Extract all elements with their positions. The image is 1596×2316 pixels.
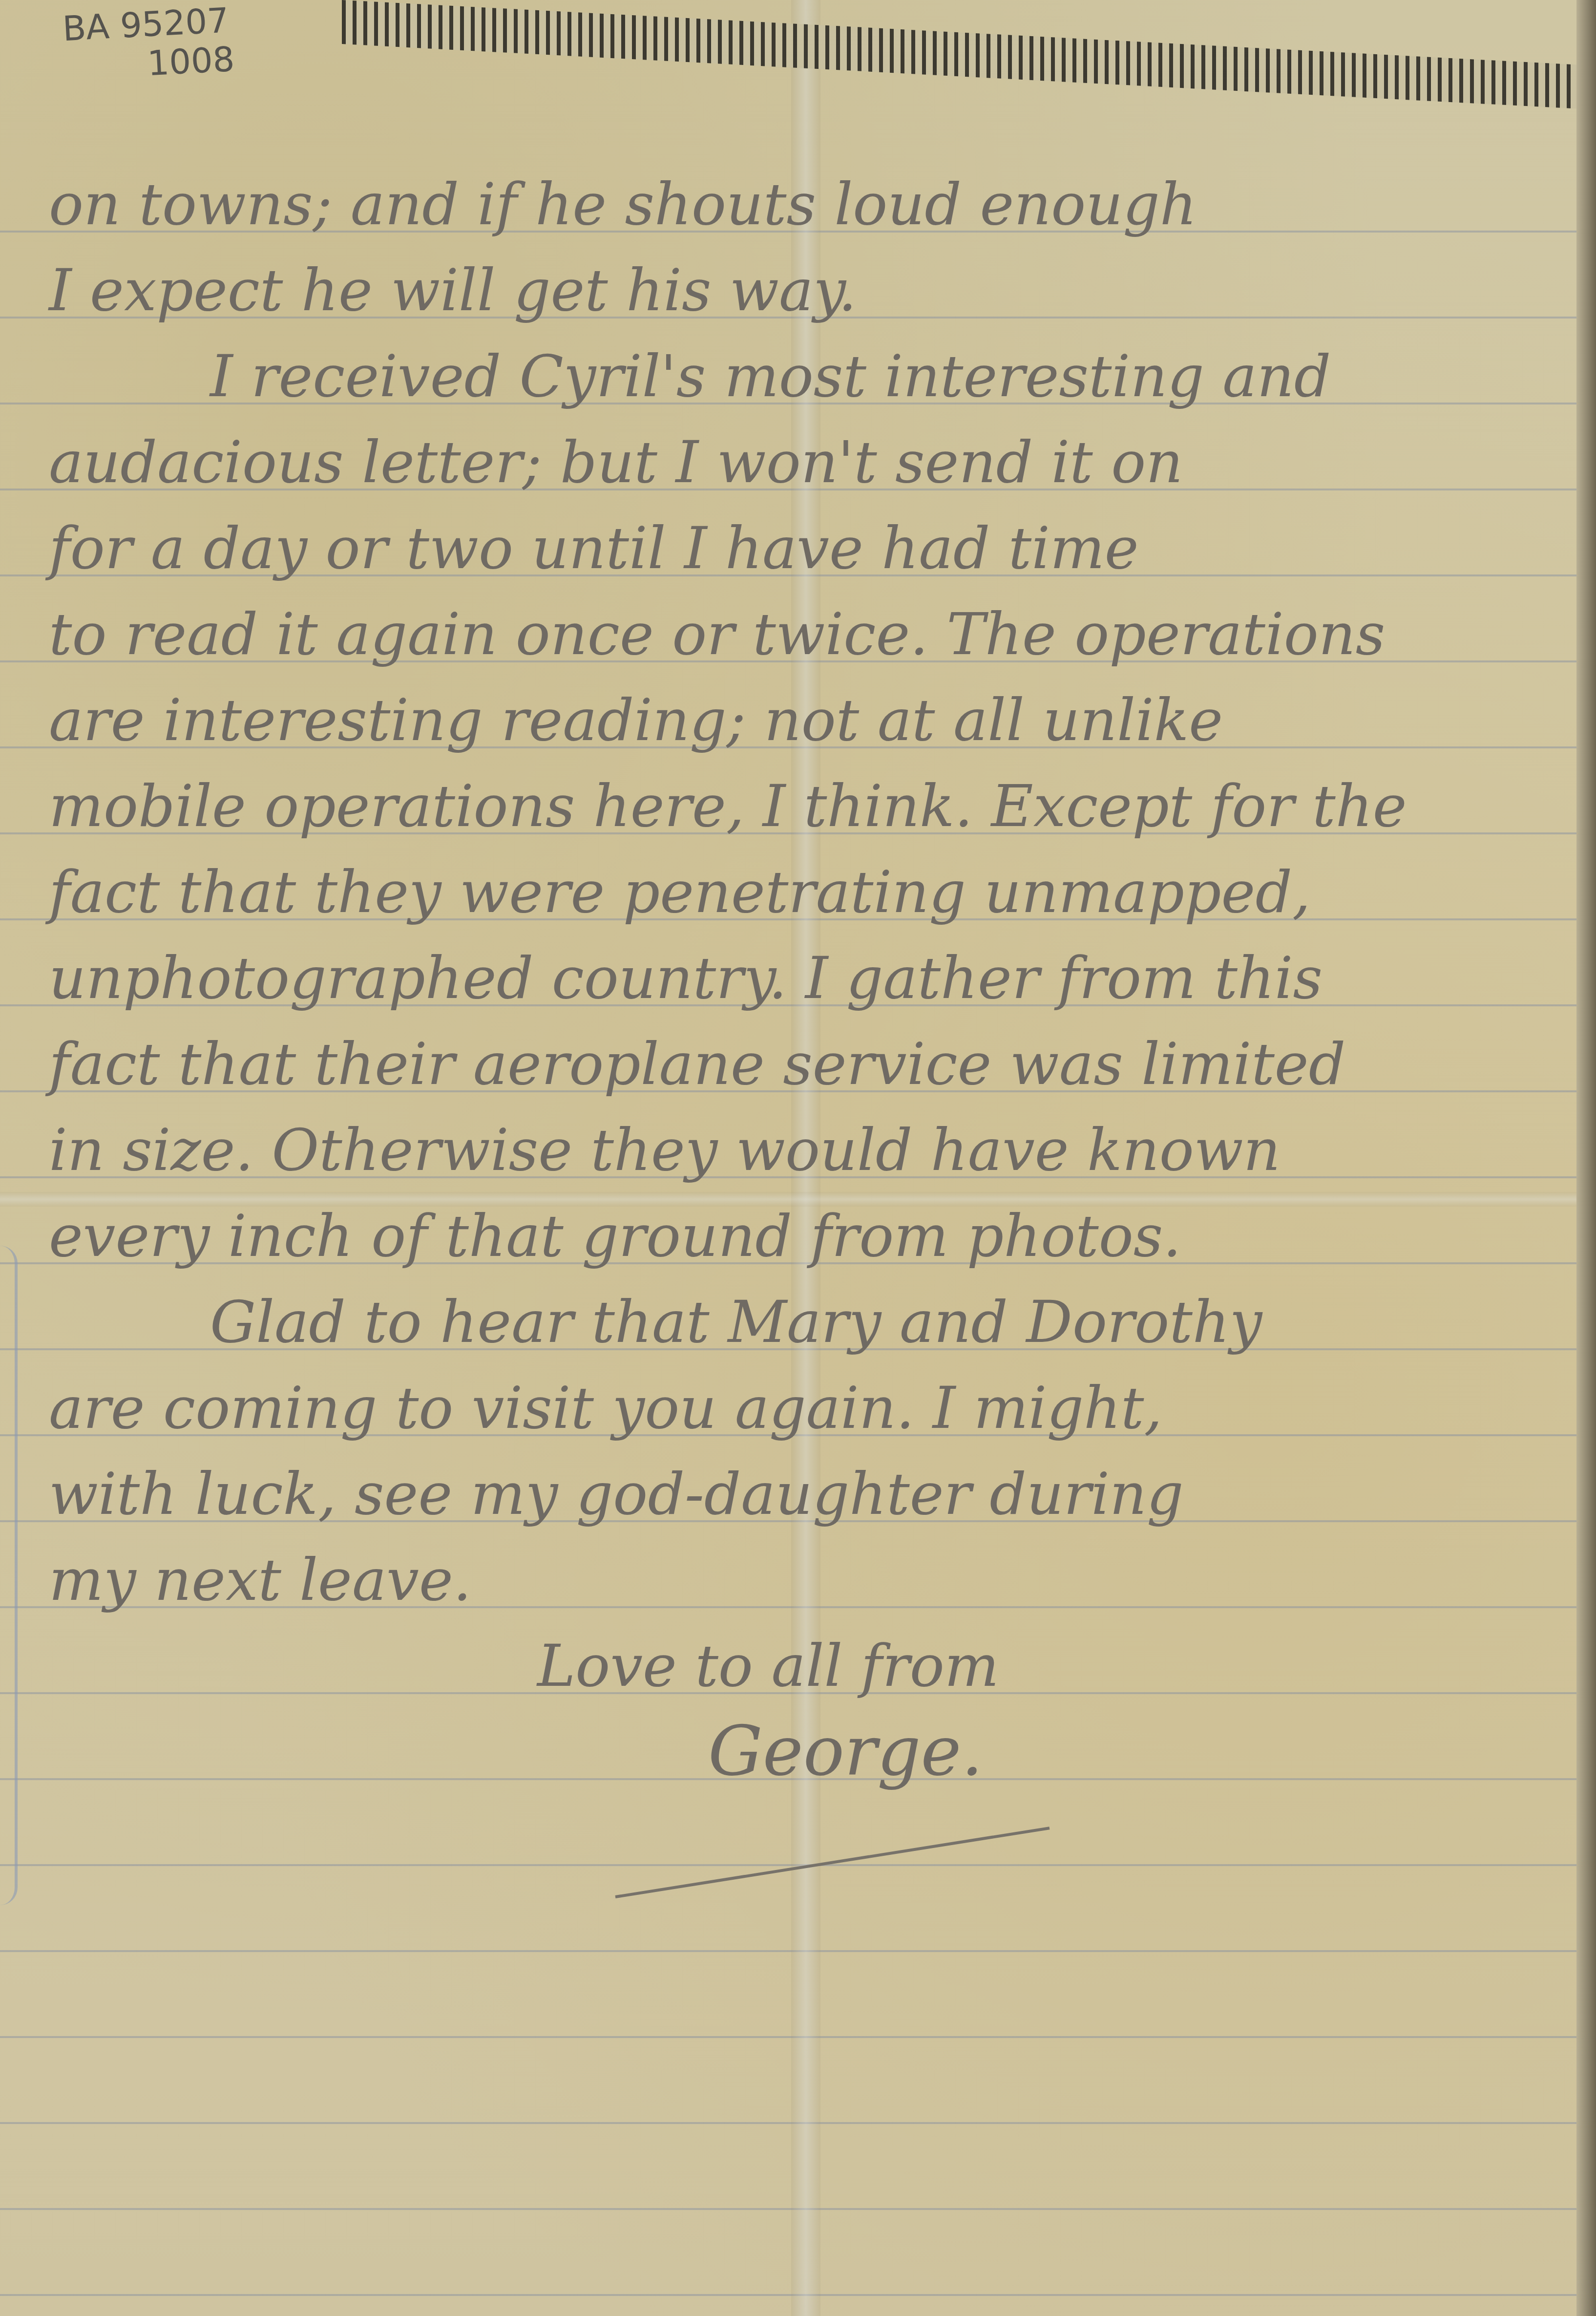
letter-closing: Love to all from bbox=[49, 1623, 1553, 1709]
letter-line: my next leave. bbox=[49, 1537, 1553, 1623]
page-edge-shadow bbox=[1576, 0, 1596, 2316]
letter-line: on towns; and if he shouts loud enough bbox=[49, 161, 1553, 247]
letter-line: with luck, see my god-daughter during bbox=[49, 1451, 1553, 1537]
letter-line: to read it again once or twice. The oper… bbox=[49, 591, 1553, 677]
letter-signature: George. bbox=[49, 1709, 1553, 1795]
letter-line: fact that their aeroplane service was li… bbox=[49, 1021, 1553, 1107]
archive-marking: BA 95207 1008 bbox=[62, 0, 235, 87]
letter-line: every inch of that ground from photos. bbox=[49, 1193, 1553, 1279]
letter-line: for a day or two until I have had time bbox=[49, 505, 1553, 591]
letter-line: I expect he will get his way. bbox=[49, 247, 1553, 333]
letter-lines: on towns; and if he shouts loud enoughI … bbox=[49, 161, 1553, 1623]
letter-line: are coming to visit you again. I might, bbox=[49, 1365, 1553, 1451]
letter-line: audacious letter; but I won't send it on bbox=[49, 419, 1553, 505]
letter-line: unphotographed country. I gather from th… bbox=[49, 935, 1553, 1021]
letter-line: fact that they were penetrating unmapped… bbox=[49, 849, 1553, 935]
torn-left-edge bbox=[0, 1246, 18, 1905]
letter-body: on towns; and if he shouts loud enoughI … bbox=[49, 161, 1553, 1795]
letter-line: Glad to hear that Mary and Dorothy bbox=[49, 1279, 1553, 1365]
letter-line: I received Cyril's most interesting and bbox=[49, 333, 1553, 419]
letter-line: mobile operations here, I think. Except … bbox=[49, 763, 1553, 849]
letter-line: are interesting reading; not at all unli… bbox=[49, 677, 1553, 763]
letter-line: in size. Otherwise they would have known bbox=[49, 1107, 1553, 1193]
